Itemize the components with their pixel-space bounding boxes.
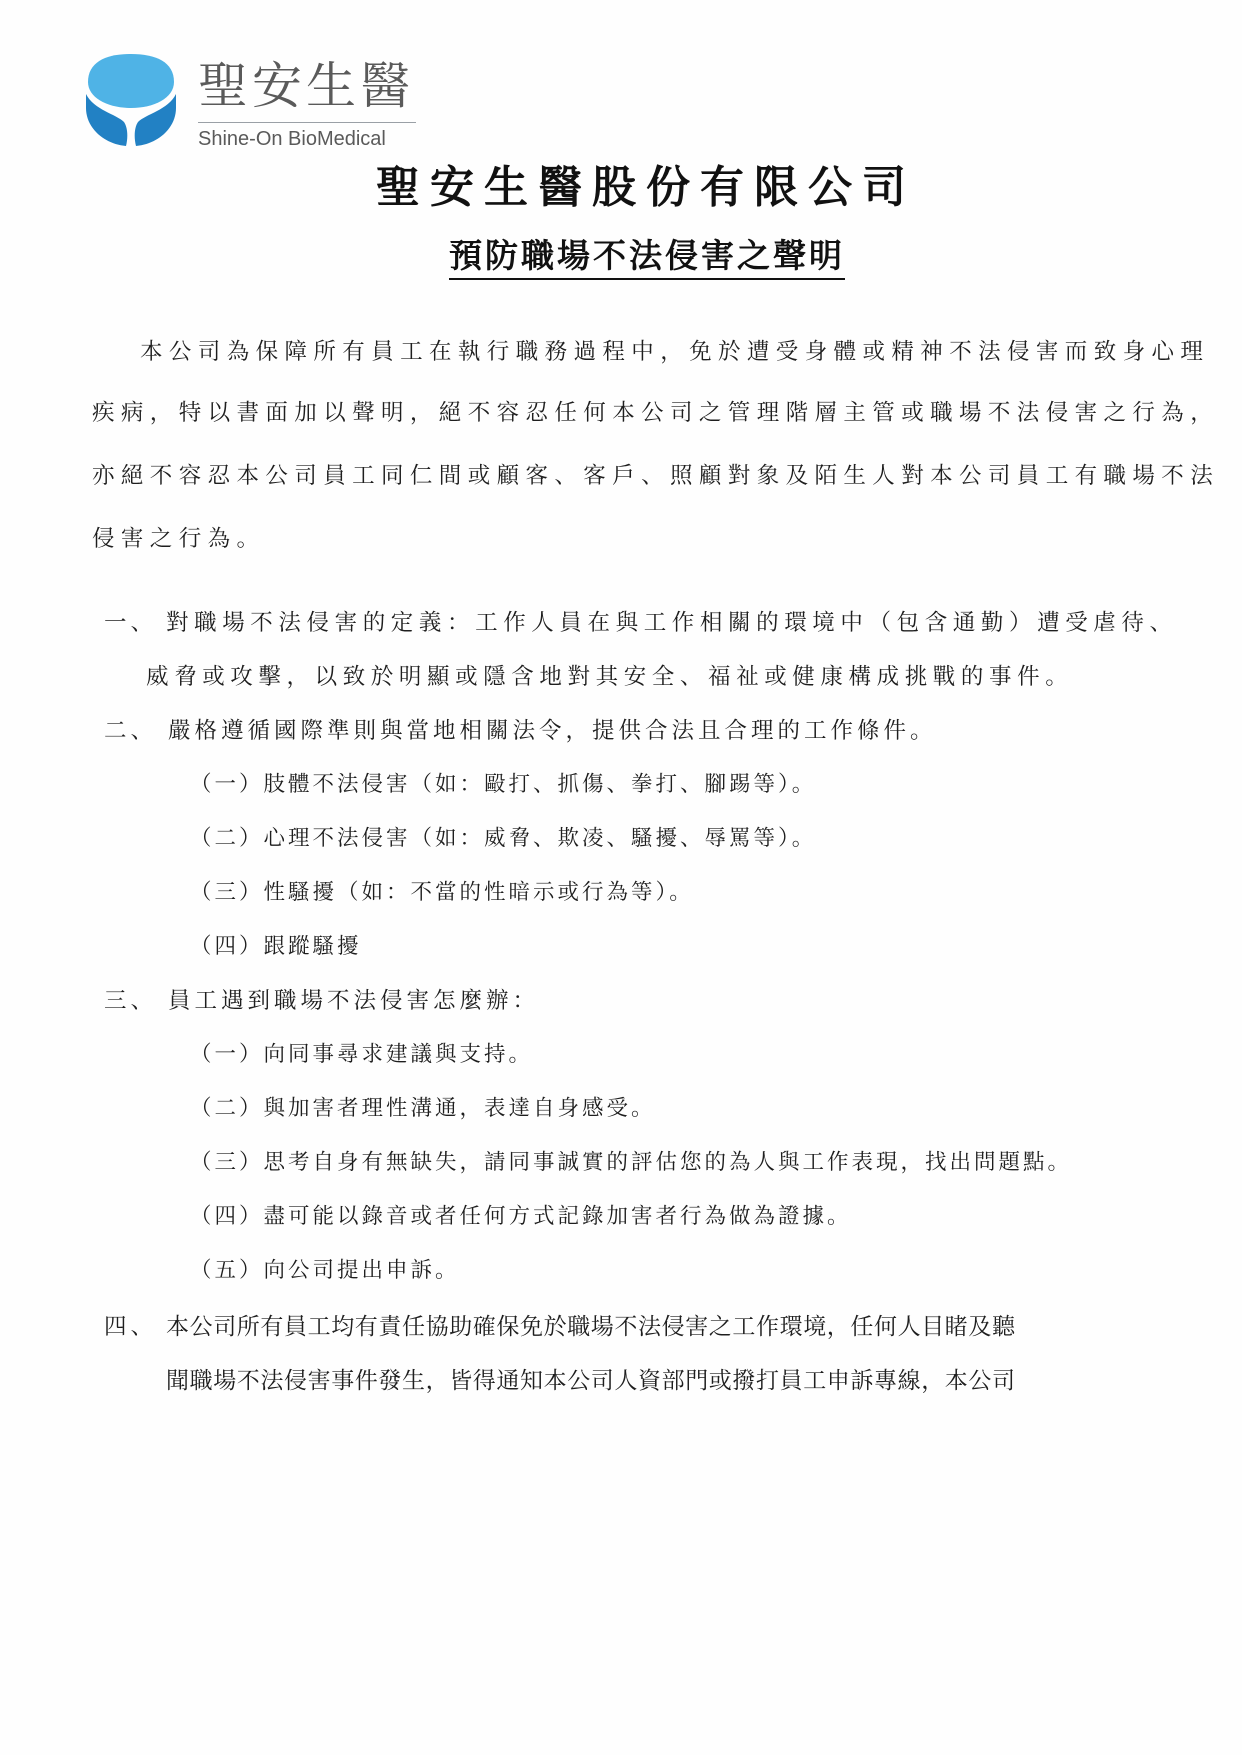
document-subtitle: 預防職場不法侵害之聲明 (449, 236, 845, 280)
section-line: 聞職場不法侵害事件發生，皆得通知本公司人資部門或撥打員工申訴專線，本公司 (166, 1366, 1016, 1396)
section-number: 二、 (104, 716, 157, 746)
list-item: （二）與加害者理性溝通，表達自身感受。 (190, 1094, 656, 1124)
company-logo: 聖安生醫 Shine-On BioMedical (84, 52, 414, 152)
intro-line: 亦絕不容忍本公司員工同仁間或顧客、客戶、照顧對象及陌生人對本公司員工有職場不法 (92, 461, 1219, 491)
section-line: 對職場不法侵害的定義：工作人員在與工作相關的環境中（包含通勤）遭受虐待、 (166, 608, 1178, 638)
section-line: 嚴格遵循國際準則與當地相關法令，提供合法且合理的工作條件。 (168, 716, 937, 746)
document-title: 聖安生醫股份有限公司 (0, 158, 1242, 218)
section-number: 四、 (104, 1312, 157, 1342)
section-number: 一、 (104, 608, 157, 638)
list-item: （三）性騷擾（如：不當的性暗示或行為等）。 (190, 878, 694, 908)
section-line: 威脅或攻擊，以致於明顯或隱含地對其安全、福祉或健康構成挑戰的事件。 (146, 662, 1073, 692)
logo-english-name: Shine-On BioMedical (198, 128, 386, 151)
list-item: （一）向同事尋求建議與支持。 (190, 1040, 533, 1070)
logo-mark-icon (84, 52, 178, 148)
document-page: 聖安生醫 Shine-On BioMedical 聖安生醫股份有限公司 預防職場… (0, 0, 1242, 1755)
section-line: 本公司所有員工均有責任協助確保免於職場不法侵害之工作環境，任何人目睹及聽 (166, 1312, 1016, 1342)
intro-line: 本公司為保障所有員工在執行職務過程中，免於遭受身體或精神不法侵害而致身心理 (140, 337, 1209, 367)
document-subtitle-wrap: 預防職場不法侵害之聲明 (0, 236, 1242, 280)
section-line: 員工遇到職場不法侵害怎麼辦： (168, 986, 539, 1016)
intro-line: 侵害之行為。 (92, 524, 265, 554)
list-item: （四）跟蹤騷擾 (190, 932, 362, 962)
list-item: （三）思考自身有無缺失，請同事誠實的評估您的為人與工作表現，找出問題點。 (190, 1148, 1072, 1178)
section-number: 三、 (104, 986, 157, 1016)
intro-line: 疾病，特以書面加以聲明，絕不容忍任何本公司之管理階層主管或職場不法侵害之行為， (92, 398, 1219, 428)
logo-chinese-name: 聖安生醫 (198, 58, 414, 114)
list-item: （二）心理不法侵害（如：威脅、欺凌、騷擾、辱罵等）。 (190, 824, 816, 854)
list-item: （一）肢體不法侵害（如：毆打、抓傷、拳打、腳踢等）。 (190, 770, 816, 800)
list-item: （五）向公司提出申訴。 (190, 1256, 460, 1286)
logo-divider (198, 122, 416, 123)
list-item: （四）盡可能以錄音或者任何方式記錄加害者行為做為證據。 (190, 1202, 852, 1232)
